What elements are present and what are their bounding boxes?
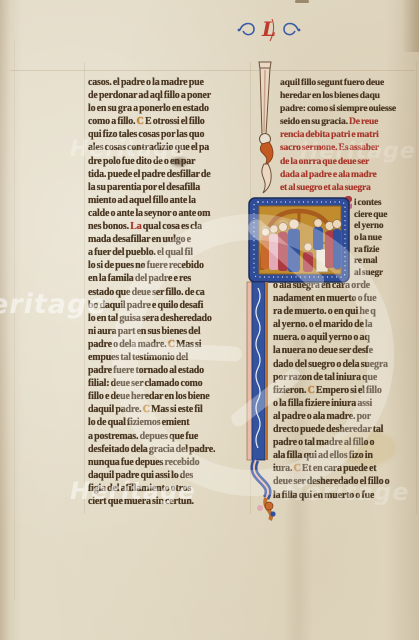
text-run: ra fizie <box>354 245 379 255</box>
text-line: padre o dela madre. C Mas si <box>88 338 250 351</box>
leaf-ornament-icon <box>262 164 271 193</box>
text-run: o la nue <box>354 233 382 243</box>
text-run: estado que deue ser fillo. de ca <box>88 287 205 298</box>
text-line: estado que deue ser fillo. de ca <box>88 286 250 299</box>
text-run: filial: deue ser clamado como <box>88 378 202 389</box>
text-line: seido en su gracia. De reue <box>280 115 419 128</box>
page-corner-shadow <box>402 0 419 52</box>
initial-descender <box>247 282 276 520</box>
text-run: calde o ante la seynor o ante om <box>88 208 210 219</box>
text-run: De reue <box>349 116 378 127</box>
quire-flourish-left-icon <box>240 24 254 35</box>
text-run: miento ad aquel fillo ante la <box>88 195 196 206</box>
text-line: en la famila del padre e res <box>88 272 250 285</box>
text-run: C <box>137 116 144 127</box>
text-run: nunqua fue depues recebido <box>88 457 199 468</box>
text-run: i contes <box>354 198 381 208</box>
text-run: al suegr <box>354 268 383 278</box>
text-line: a postremas. depues que fue <box>88 430 250 443</box>
text-line: lo si de pues no fuere recebido <box>88 259 250 272</box>
text-run: a postremas. depues que fue <box>88 431 198 442</box>
text-line: lo en su gra a ponerlo en estado <box>88 102 250 115</box>
text-column-right-top: aquil fillo segunt fuero deueheredar en … <box>280 76 419 194</box>
text-line: de perdonar ad aql fillo a poner <box>88 89 250 102</box>
text-line: padre fuere tornado al estado <box>88 364 250 377</box>
text-line: como a fillo. C E otrossi el fillo <box>88 115 250 128</box>
text-line: de la onrra que deue ser <box>280 155 419 168</box>
text-line: dre polo fue dito de o en par <box>88 155 250 168</box>
text-run: mada desafillar en uulgo e <box>88 234 191 245</box>
text-line: la su parentia por el desafilla <box>88 181 250 194</box>
text-line: dada al padre e ala madre <box>280 168 419 181</box>
text-line: lo en tal guisa sera desheredado <box>88 312 250 325</box>
text-line: aquil fillo segunt fuero deue <box>280 76 419 89</box>
text-run: la su parentia por el desafilla <box>88 182 200 193</box>
text-run: Mas si <box>175 339 202 350</box>
text-run: empues tal testimonio del <box>88 352 188 363</box>
text-run: a fuer del pueblo. el qual fil <box>88 247 193 258</box>
text-line: miento ad aquel fillo ante la <box>88 194 250 207</box>
text-run: desfeitado dela gracia del padre. <box>88 444 215 455</box>
quire-flourish-right-icon <box>284 24 298 35</box>
text-line: nes bonos. La qual cosa es cla <box>88 220 250 233</box>
initial-i-ornament <box>250 60 280 198</box>
text-run: sacro sermone. Es assaber <box>280 142 379 153</box>
top-edge-mark <box>295 0 309 3</box>
text-run: lo si de pues no fuere recebido <box>88 260 204 271</box>
manuscript-page: L casos. el padre o la madre puede perdo… <box>0 0 419 640</box>
ruling-line-vertical <box>84 62 85 514</box>
text-run: padre o dela madre. <box>88 339 168 350</box>
text-run: qui fizo tales cosas por las quo <box>88 129 204 140</box>
text-line: ni aura part en sus bienes del <box>88 325 250 338</box>
text-run: bo daquil padre e quilo desafi <box>88 300 203 311</box>
text-run: padre fuere tornado al estado <box>88 365 204 376</box>
text-line: calde o ante la seynor o ante om <box>88 207 250 220</box>
text-line: ciert que muera sin certun. <box>88 495 250 508</box>
text-run: lo de qual fiziemos emient <box>88 417 189 428</box>
text-run: casos. el padre o la madre pue <box>88 77 204 88</box>
illuminated-initial-p <box>246 196 352 522</box>
text-run: como a fillo. <box>88 116 137 127</box>
text-run: re mal <box>354 256 377 266</box>
text-run: seido en su gracia. <box>280 116 349 127</box>
tail-leaf-icon <box>265 502 273 510</box>
text-line: re mal <box>354 256 419 268</box>
text-line: desfeitado dela gracia del padre. <box>88 443 250 456</box>
text-line: qui fizo tales cosas por las quo <box>88 128 250 141</box>
text-run: dada al padre e ala madre <box>280 169 377 180</box>
text-line: figia del afillamiento otros <box>88 482 250 495</box>
text-run: aquil fillo segunt fuero deue <box>280 77 384 88</box>
text-line: et al suegro et ala suegra <box>280 181 419 194</box>
text-run: ales cosas contradizio que el pa <box>88 142 209 153</box>
text-line: daquil padre qui assi lo des <box>88 469 250 482</box>
text-run: qual cosa es cla <box>142 221 202 232</box>
text-run: fillo e deue heredar en los biene <box>88 391 209 402</box>
text-run: ni aura part en sus bienes del <box>88 326 200 337</box>
text-line: padre: como si siempre ouiesse <box>280 102 419 115</box>
text-run: et al suegro et ala suegra <box>280 182 371 193</box>
text-line: rencia debita patri e matri <box>280 128 419 141</box>
text-line: bo daquil padre e quilo desafi <box>88 299 250 312</box>
text-line: a fuer del pueblo. el qual fil <box>88 246 250 259</box>
text-line: ra fizie <box>354 245 419 257</box>
text-run: ciert que muera sin certun. <box>88 496 194 507</box>
text-run: padre: como si siempre ouiesse <box>280 103 396 114</box>
text-run: E otrossi el fillo <box>144 116 205 127</box>
text-column-right-beside-initial: i contesciere queel yernoo la nuera fizi… <box>354 198 419 280</box>
text-line: o la nue <box>354 233 419 245</box>
text-line: ciere que <box>354 210 419 222</box>
text-run: en la famila del padre e res <box>88 273 191 284</box>
quire-mark: L <box>236 13 302 43</box>
text-run: C <box>168 339 175 350</box>
text-line: i contes <box>354 198 419 210</box>
text-line: nunqua fue depues recebido <box>88 456 250 469</box>
text-run: tida. puede el padre desfillar de <box>88 169 210 180</box>
text-line: daquil padre. C Mas si este fil <box>88 403 250 416</box>
text-run: ciere que <box>354 210 387 220</box>
text-column-left: casos. el padre o la madre puede perdona… <box>88 76 250 508</box>
text-line: casos. el padre o la madre pue <box>88 76 250 89</box>
text-line: sacro sermone. Es assaber <box>280 141 419 154</box>
text-line: el yerno <box>354 221 419 233</box>
text-run: Mas si este fil <box>150 404 203 415</box>
text-run: lo en tal guisa sera desheredado <box>88 313 212 324</box>
text-run: dre polo fue dito de o en par <box>88 156 195 167</box>
knot-ornament-icon <box>260 142 273 165</box>
text-line: ales cosas contradizio que el pa <box>88 141 250 154</box>
text-line: mada desafillar en uulgo e <box>88 233 250 246</box>
text-run: de la onrra que deue ser <box>280 156 369 167</box>
text-run: figia del afillamiento otros <box>88 483 191 494</box>
text-run: La <box>130 221 141 232</box>
ruling-line-vertical <box>14 40 15 600</box>
text-line: tida. puede el padre desfillar de <box>88 168 250 181</box>
text-run: de perdonar ad aql fillo a poner <box>88 90 211 101</box>
text-run: C <box>143 404 150 415</box>
text-run: daquil padre. <box>88 404 143 415</box>
text-run: daquil padre qui assi lo des <box>88 470 193 481</box>
text-run: rencia debita patri e matri <box>280 129 379 140</box>
text-line: empues tal testimonio del <box>88 351 250 364</box>
text-line: fillo e deue heredar en los biene <box>88 390 250 403</box>
text-run: heredar en los bienes daqu <box>280 90 380 101</box>
text-run: lo en su gra a ponerlo en estado <box>88 103 209 114</box>
text-line: heredar en los bienes daqu <box>280 89 419 102</box>
text-run: nes bonos. <box>88 221 130 232</box>
ruling-line-horizontal <box>10 70 415 71</box>
text-run: el yerno <box>354 221 383 231</box>
text-line: filial: deue ser clamado como <box>88 377 250 390</box>
text-line: lo de qual fiziemos emient <box>88 416 250 429</box>
